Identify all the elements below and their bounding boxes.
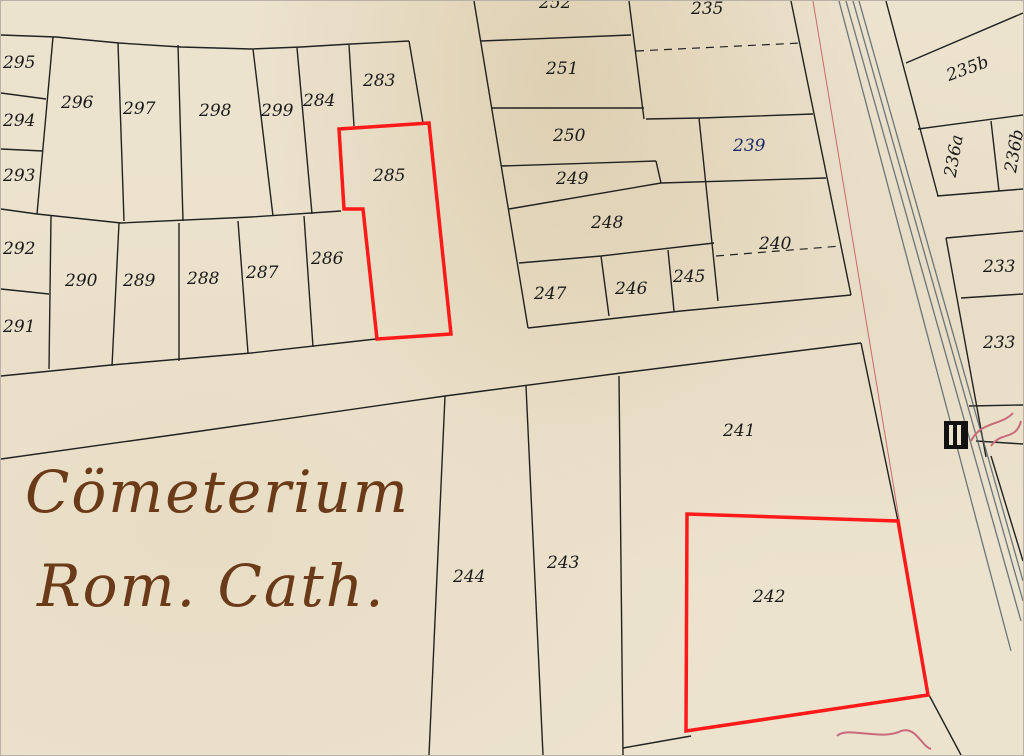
parcel-label: 245	[673, 267, 705, 287]
parcel-label: 290	[65, 271, 97, 291]
parcel-285-highlight[interactable]	[339, 123, 451, 339]
parcel-label: 248	[591, 213, 623, 233]
parcel-label: 291	[3, 317, 35, 337]
parcel-label-highlighted[interactable]: 242	[753, 587, 785, 607]
parcel-label: 284	[303, 91, 335, 111]
parcel-label: 252	[539, 0, 571, 13]
parcel-label: 287	[246, 263, 278, 283]
parcel-label: 251	[546, 59, 578, 79]
parcel-label: 241	[723, 421, 755, 441]
parcel-label: 239	[733, 136, 765, 156]
parcel-label: 249	[556, 169, 588, 189]
parcel-label: 297	[123, 99, 155, 119]
parcel-label: 295	[3, 53, 35, 73]
parcel-label: 299	[261, 101, 293, 121]
parcel-label: 247	[534, 284, 566, 304]
parcel-label: 293	[3, 166, 35, 186]
parcel-label: 250	[553, 126, 585, 146]
cemetery-label-line1: Cömeterium	[25, 463, 410, 521]
parcel-label: 240	[759, 234, 791, 254]
parcel-label: 233	[983, 333, 1015, 353]
parcel-label: 235	[691, 0, 723, 19]
parcel-label: 292	[3, 239, 35, 259]
parcel-242-highlight[interactable]	[686, 514, 928, 731]
parcel-label: 243	[547, 553, 579, 573]
parcel-label: 246	[615, 279, 647, 299]
parcel-label: 283	[363, 71, 395, 91]
parcel-label: 288	[187, 269, 219, 289]
parcel-label: 286	[311, 249, 343, 269]
parcel-label: 233	[983, 257, 1015, 277]
cemetery-label-line2: Rom. Cath.	[37, 557, 386, 615]
parcel-label: 289	[123, 271, 155, 291]
parcel-label: 294	[3, 111, 35, 131]
parcel-label: 298	[199, 101, 231, 121]
cadastral-map: 295 294 293 296 297 298 299 284 283 285 …	[0, 0, 1024, 756]
parcel-label-highlighted[interactable]: 285	[373, 166, 405, 186]
parcel-label: 244	[453, 567, 485, 587]
parcel-label: 296	[61, 93, 93, 113]
